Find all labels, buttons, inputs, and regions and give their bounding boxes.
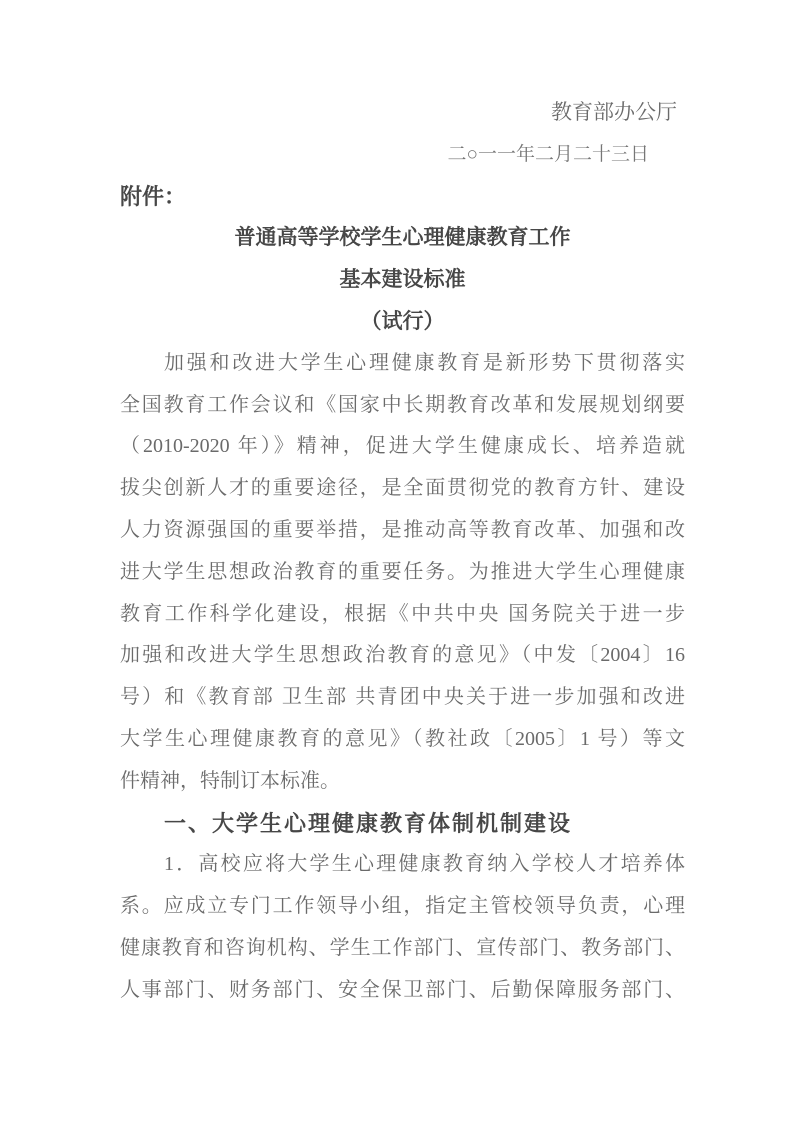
text-line: 进大学生思想政治教育的重要任务。为推进大学生心理健康 (120, 552, 685, 594)
doc-title-line-3: （试行） (120, 301, 685, 343)
text-line: 加强和改进大学生思想政治教育的意见》（中发〔2004〕16 (120, 635, 685, 677)
doc-title-line-1: 普通高等学校学生心理健康教育工作 (120, 217, 685, 259)
document-content: 教育部办公厅 二○一一年二月二十三日 附件： 普通高等学校学生心理健康教育工作 … (120, 92, 685, 1012)
text-line: 健康教育和咨询机构、学生工作部门、宣传部门、教务部门、 (120, 928, 685, 970)
text-line: 号）和《教育部 卫生部 共青团中央关于进一步加强和改进 (120, 677, 685, 719)
text-line: 1．高校应将大学生心理健康教育纳入学校人才培养体 (120, 844, 685, 886)
section-1-paragraph: 1．高校应将大学生心理健康教育纳入学校人才培养体系。应成立专门工作领导小组，指定… (120, 844, 685, 1011)
section-1-heading: 一、大学生心理健康教育体制机制建设 (120, 803, 685, 845)
text-line: 教育工作科学化建设，根据《中共中央 国务院关于进一步 (120, 594, 685, 636)
attachment-label: 附件： (120, 176, 685, 218)
document-page: 教育部办公厅 二○一一年二月二十三日 附件： 普通高等学校学生心理健康教育工作 … (0, 0, 793, 1122)
text-line: 加强和改进大学生心理健康教育是新形势下贯彻落实 (120, 343, 685, 385)
text-line: 全国教育工作会议和《国家中长期教育改革和发展规划纲要 (120, 385, 685, 427)
issuer-line: 教育部办公厅 (120, 92, 685, 134)
text-line: 人力资源强国的重要举措，是推动高等教育改革、加强和改 (120, 510, 685, 552)
text-line: （2010-2020 年）》精神，促进大学生健康成长、培养造就 (120, 426, 685, 468)
doc-title-line-2: 基本建设标准 (120, 259, 685, 301)
text-line: 大学生心理健康教育的意见》（教社政〔2005〕1 号）等文 (120, 719, 685, 761)
text-line: 系。应成立专门工作领导小组，指定主管校领导负责，心理 (120, 886, 685, 928)
text-line: 拔尖创新人才的重要途径，是全面贯彻党的教育方针、建设 (120, 468, 685, 510)
intro-paragraph: 加强和改进大学生心理健康教育是新形势下贯彻落实全国教育工作会议和《国家中长期教育… (120, 343, 685, 803)
text-line: 人事部门、财务部门、安全保卫部门、后勤保障服务部门、 (120, 970, 685, 1012)
text-line: 件精神，特制订本标准。 (120, 761, 685, 803)
date-line: 二○一一年二月二十三日 (120, 134, 685, 176)
